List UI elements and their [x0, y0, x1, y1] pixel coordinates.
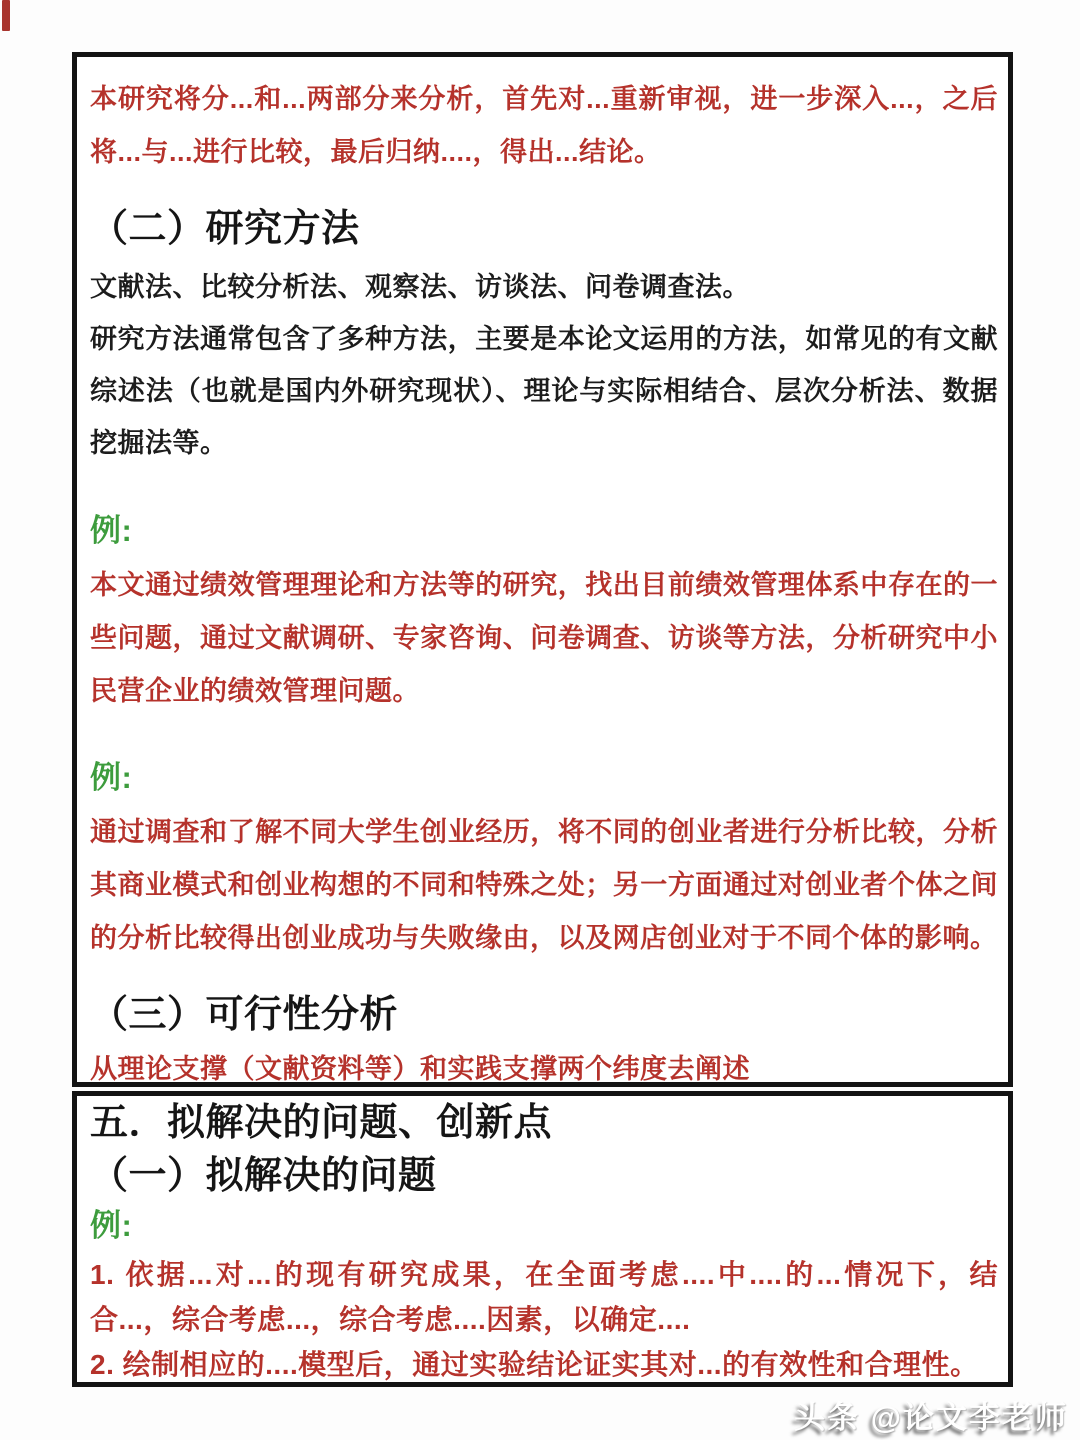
methods-list-line: 文献法、比较分析法、观察法、访谈法、问卷调查法。	[90, 261, 998, 313]
problem-item-1: 1. 依据...对...的现有研究成果，在全面考虑....中....的...情况…	[90, 1252, 998, 1342]
problem-item-2: 2. 绘制相应的....模型后，通过实验结论证实其对...的有效性和合理性。	[90, 1342, 998, 1387]
example-label: 例:	[90, 511, 998, 551]
example-label: 例:	[90, 758, 998, 798]
heading-research-methods: （二）研究方法	[90, 205, 998, 253]
research-approach-paragraph: 本研究将分...和...两部分来分析，首先对...重新审视，进一步深入...，之…	[90, 73, 998, 179]
toutiao-watermark: 头条 @论文李老师	[794, 1392, 1068, 1437]
heading-problems-to-solve: （一）拟解决的问题	[90, 1152, 998, 1200]
example-performance-management: 本文通过绩效管理理论和方法等的研究，找出目前绩效管理体系中存在的一些问题，通过文…	[90, 559, 998, 718]
heading-feasibility-analysis: （三）可行性分析	[90, 991, 998, 1039]
example-label: 例:	[90, 1206, 998, 1246]
methods-body-paragraph: 研究方法通常包含了多种方法，主要是本论文运用的方法，如常见的有文献综述法（也就是…	[90, 313, 998, 469]
heading-problems-and-innovations: 五．拟解决的问题、创新点	[90, 1100, 998, 1146]
feasibility-body-line: 从理论支撑（文献资料等）和实践支撑两个纬度去阐述	[90, 1043, 998, 1087]
corner-red-mark	[2, 0, 10, 31]
section-problems-innovations-box: 五．拟解决的问题、创新点 （一）拟解决的问题 例: 1. 依据...对...的现…	[72, 1091, 1013, 1387]
section-research-design-box: 本研究将分...和...两部分来分析，首先对...重新审视，进一步深入...，之…	[72, 52, 1013, 1087]
example-student-entrepreneurship: 通过调查和了解不同大学生创业经历，将不同的创业者进行分析比较，分析其商业模式和创…	[90, 806, 998, 965]
document-page: 本研究将分...和...两部分来分析，首先对...重新审视，进一步深入...，之…	[0, 0, 1080, 1440]
